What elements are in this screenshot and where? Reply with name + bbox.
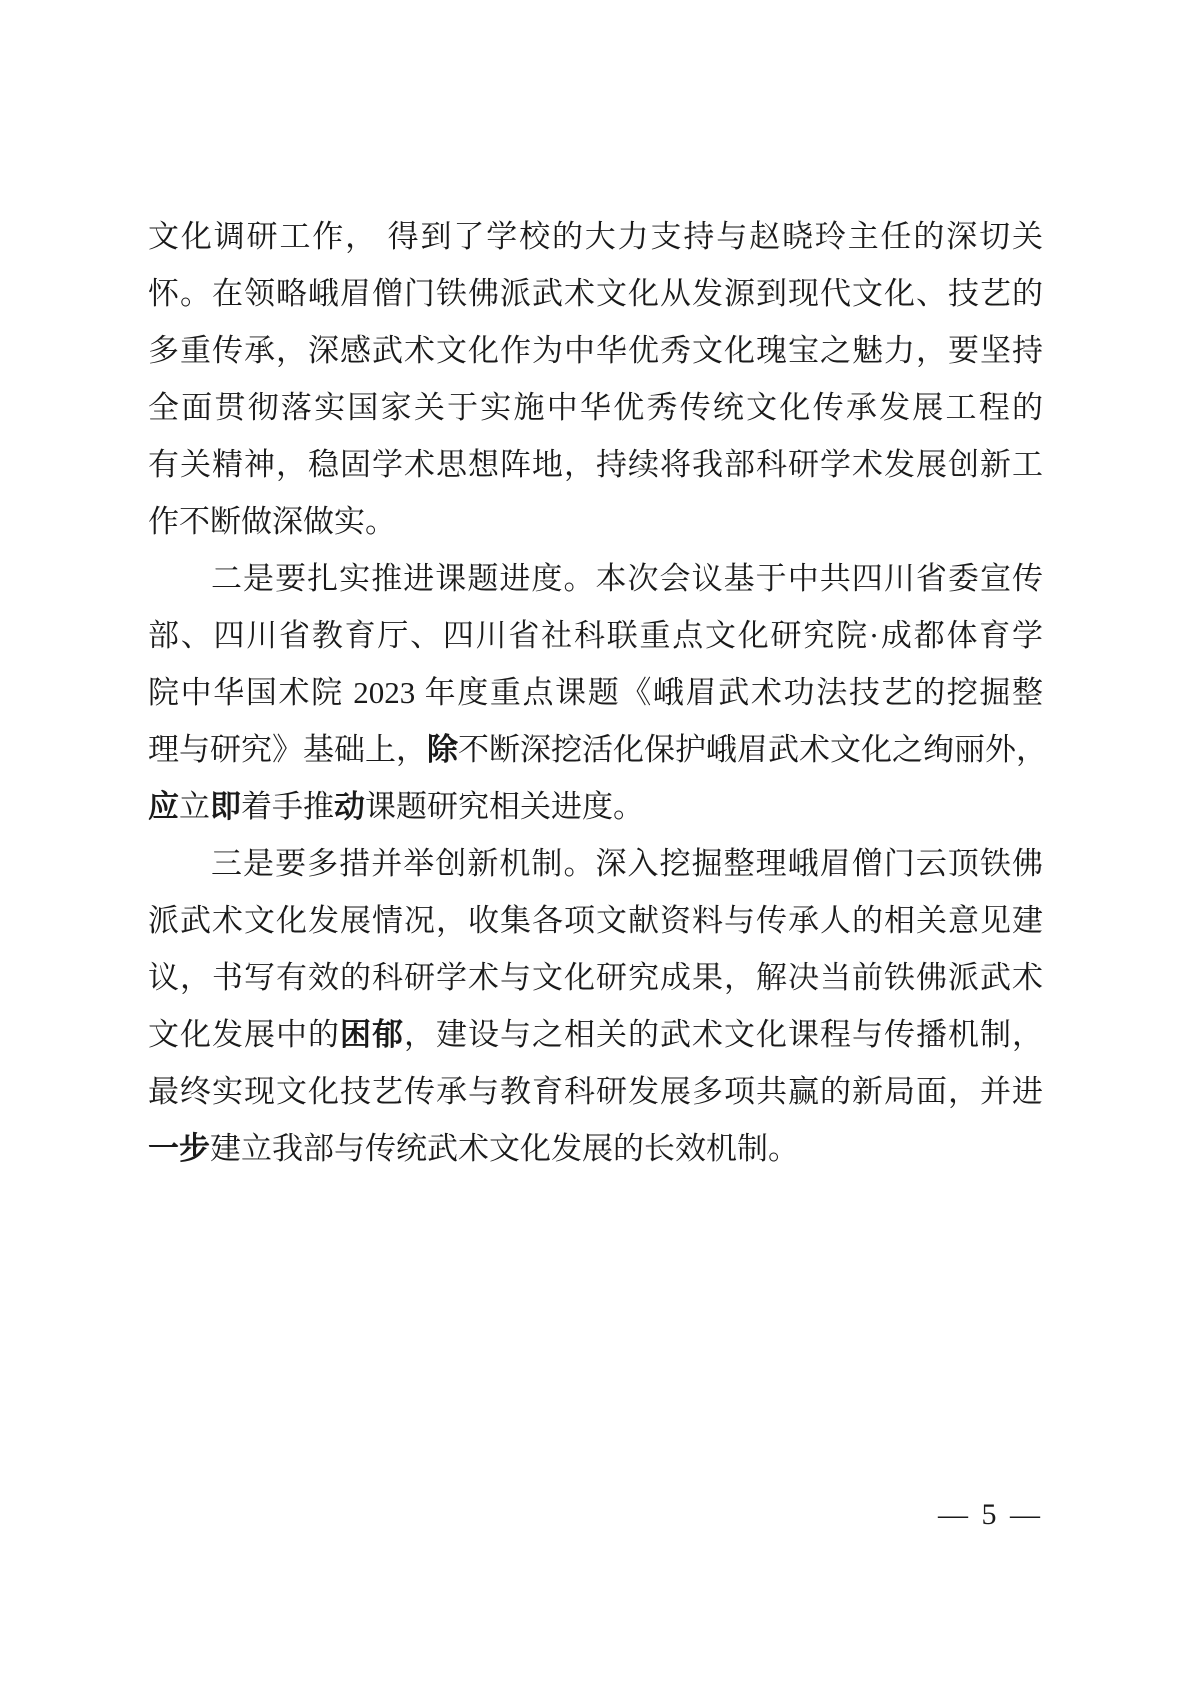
text-line: 文化调研工作， 得到了学校的大力支持与赵晓玲主任的深切关 [148, 208, 1043, 265]
body-text: 不断深挖活化保护峨眉武术文化之绚丽外， [458, 732, 1047, 767]
text-line: 派武术文化发展情况，收集各项文献资料与传承人的相关意见建 [148, 892, 1043, 949]
emphasis-text: 即 [210, 789, 241, 824]
body-text: 着手推 [241, 789, 334, 824]
body-text: 部、四川省教育厅、四川省社科联重点文化研究院·成都体育学 [148, 618, 1043, 653]
body-text: 多重传承，深感武术文化作为中华优秀文化瑰宝之魅力，要坚持 [148, 333, 1043, 368]
body-text: 作不断做深做实。 [148, 504, 396, 539]
body-text: 全面贯彻落实国家关于实施中华优秀传统文化传承发展工程的 [148, 390, 1043, 425]
body-text: 怀。在领略峨眉僧门铁佛派武术文化从发源到现代文化、技艺的 [148, 276, 1043, 311]
text-line: 作不断做深做实。 [148, 493, 1043, 550]
body-text: 最终实现文化技艺传承与教育科研发展多项共赢的新局面，并进 [148, 1074, 1043, 1109]
body-text: ，建设与之相关的武术文化课程与传播机制， [404, 1017, 1043, 1052]
body-text: 三是要多措并举创新机制。深入挖掘整理峨眉僧门云顶铁佛 [211, 846, 1043, 881]
paragraph: 二是要扎实推进课题进度。本次会议基于中共四川省委宣传部、四川省教育厅、四川省社科… [148, 550, 1043, 835]
body-text: 文化发展中的 [148, 1017, 340, 1052]
text-line: 怀。在领略峨眉僧门铁佛派武术文化从发源到现代文化、技艺的 [148, 265, 1043, 322]
text-line: 部、四川省教育厅、四川省社科联重点文化研究院·成都体育学 [148, 607, 1043, 664]
body-text: 院中华国术院 2023 年度重点课题《峨眉武术功法技艺的挖掘整 [148, 675, 1043, 710]
text-line: 有关精神，稳固学术思想阵地，持续将我部科研学术发展创新工 [148, 436, 1043, 493]
body-text: 派武术文化发展情况，收集各项文献资料与传承人的相关意见建 [148, 903, 1043, 938]
document-page: 文化调研工作， 得到了学校的大力支持与赵晓玲主任的深切关怀。在领略峨眉僧门铁佛派… [0, 0, 1191, 1684]
text-line: 多重传承，深感武术文化作为中华优秀文化瑰宝之魅力，要坚持 [148, 322, 1043, 379]
text-line: 一步建立我部与传统武术文化发展的长效机制。 [148, 1120, 1043, 1177]
emphasis-text: 应 [148, 789, 179, 824]
paragraph: 三是要多措并举创新机制。深入挖掘整理峨眉僧门云顶铁佛派武术文化发展情况，收集各项… [148, 835, 1043, 1177]
text-line: 二是要扎实推进课题进度。本次会议基于中共四川省委宣传 [148, 550, 1043, 607]
paragraph: 文化调研工作， 得到了学校的大力支持与赵晓玲主任的深切关怀。在领略峨眉僧门铁佛派… [148, 208, 1043, 550]
body-text: 建立我部与传统武术文化发展的长效机制。 [210, 1131, 799, 1166]
text-line: 应立即着手推动课题研究相关进度。 [148, 778, 1043, 835]
emphasis-text: 困郁 [340, 1017, 404, 1052]
text-line: 三是要多措并举创新机制。深入挖掘整理峨眉僧门云顶铁佛 [148, 835, 1043, 892]
body-text: 议，书写有效的科研学术与文化研究成果，解决当前铁佛派武术 [148, 960, 1043, 995]
body-text: 立 [179, 789, 210, 824]
text-line: 理与研究》基础上，除不断深挖活化保护峨眉武术文化之绚丽外， [148, 721, 1043, 778]
text-line: 文化发展中的困郁，建设与之相关的武术文化课程与传播机制， [148, 1006, 1043, 1063]
page-number: — 5 — [938, 1498, 1043, 1532]
body-text: 文化调研工作， 得到了学校的大力支持与赵晓玲主任的深切关 [148, 219, 1043, 254]
text-line: 议，书写有效的科研学术与文化研究成果，解决当前铁佛派武术 [148, 949, 1043, 1006]
body-text: 课题研究相关进度。 [365, 789, 644, 824]
emphasis-text: 动 [334, 789, 365, 824]
text-line: 院中华国术院 2023 年度重点课题《峨眉武术功法技艺的挖掘整 [148, 664, 1043, 721]
document-body: 文化调研工作， 得到了学校的大力支持与赵晓玲主任的深切关怀。在领略峨眉僧门铁佛派… [148, 208, 1043, 1177]
body-text: 理与研究》基础上， [148, 732, 427, 767]
emphasis-text: 除 [427, 732, 458, 767]
body-text: 有关精神，稳固学术思想阵地，持续将我部科研学术发展创新工 [148, 447, 1043, 482]
emphasis-text: 一步 [148, 1131, 210, 1166]
text-line: 全面贯彻落实国家关于实施中华优秀传统文化传承发展工程的 [148, 379, 1043, 436]
text-line: 最终实现文化技艺传承与教育科研发展多项共赢的新局面，并进 [148, 1063, 1043, 1120]
body-text: 二是要扎实推进课题进度。本次会议基于中共四川省委宣传 [211, 561, 1043, 596]
